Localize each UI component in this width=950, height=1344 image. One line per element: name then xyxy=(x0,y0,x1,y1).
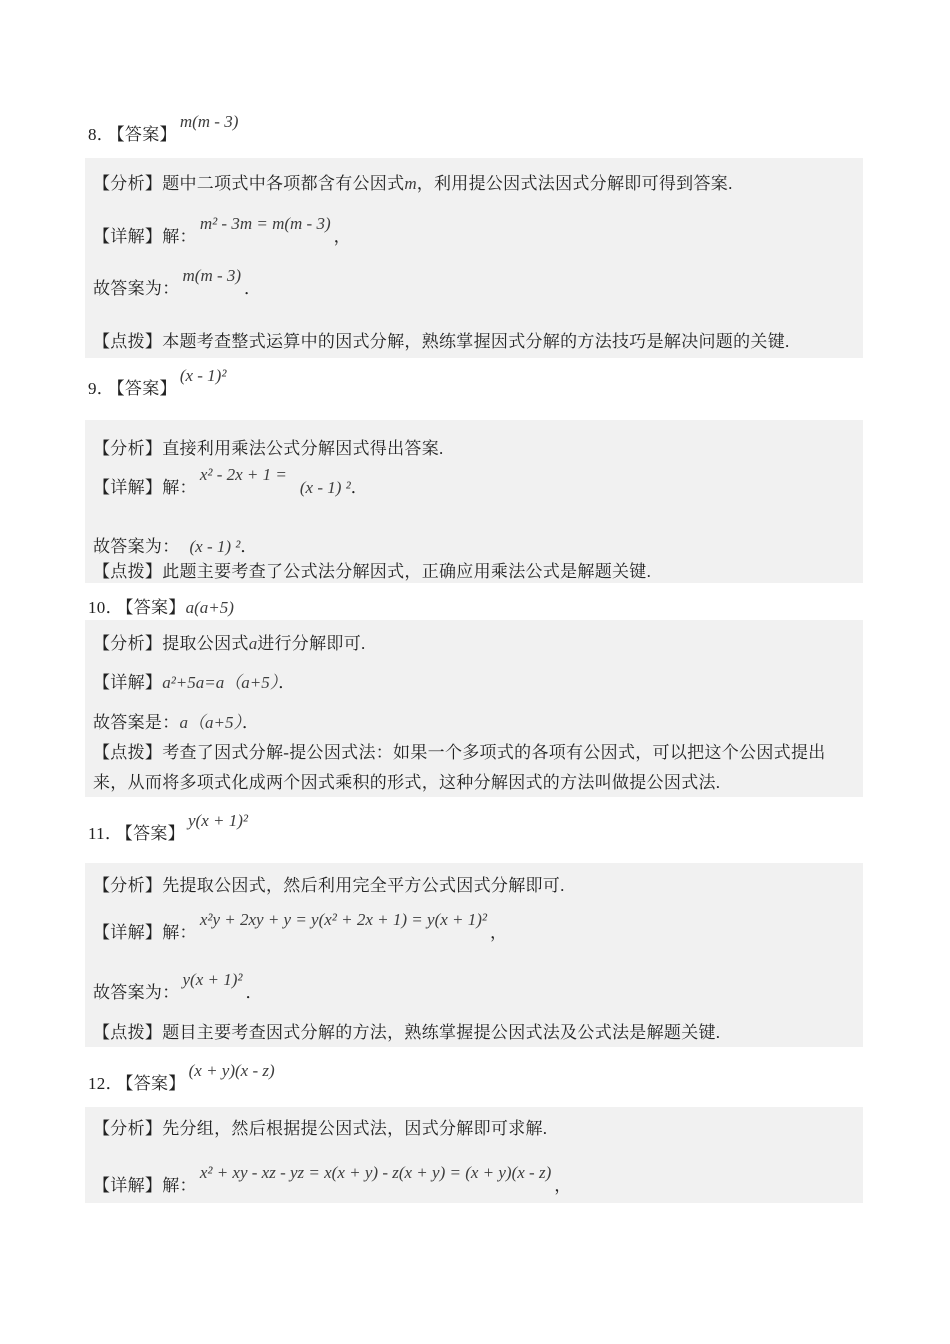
analysis-line: 【分析】直接利用乘法公式分解因式得出答案. xyxy=(93,438,855,460)
detail-label: 【详解】解： xyxy=(93,478,197,497)
conclusion-math: (x - 1) ² xyxy=(190,537,241,556)
conclusion-formula: m(m - 3) xyxy=(183,265,242,287)
solution-panel-10: 【分析】提取公因式a进行分解即可. 【详解】a²+5a=a（a+5）． 故答案是… xyxy=(85,620,863,797)
punctuation: ， xyxy=(490,923,507,942)
analysis-math: m xyxy=(404,174,416,193)
solution-panel-12: 【分析】先分组，然后根据提公因式法，因式分解即可求解. 【详解】解：x² + x… xyxy=(85,1107,863,1203)
question-number: 8． xyxy=(88,125,114,144)
conclusion-line: 故答案为：(x - 1) ²． xyxy=(93,536,855,558)
conclusion-line: 故答案为：y(x + 1)²． xyxy=(93,982,855,1004)
detail-formula: x²y + 2xy + y = y(x² + 2x + 1) = y(x + 1… xyxy=(200,909,487,931)
answer-math: a(a+5) xyxy=(186,598,234,617)
tip-line: 【点拨】此题主要考查了公式法分解因式，正确应用乘法公式是解题关键. xyxy=(93,561,855,583)
detail-math: (x - 1) ² xyxy=(300,478,351,497)
analysis-text: 【分析】提取公因式 xyxy=(93,634,249,653)
analysis-math: a xyxy=(249,634,258,653)
answer-formula: (x - 1)² xyxy=(180,365,227,387)
conclusion-label: 故答案为： xyxy=(93,983,180,1002)
punctuation: ． xyxy=(240,537,257,556)
detail-label: 【详解】解： xyxy=(93,1176,197,1195)
answer-label: 【答案】 xyxy=(116,379,177,398)
answer-line-12: 12．【答案】(x + y)(x - z) xyxy=(0,1073,950,1095)
question-number: 10． xyxy=(88,598,123,617)
answer-label: 【答案】 xyxy=(125,598,186,617)
conclusion-line: 故答案为：m(m - 3)． xyxy=(93,278,855,300)
conclusion-formula: y(x + 1)² xyxy=(183,969,243,991)
analysis-line: 【分析】题中二项式中各项都含有公因式m，利用提公因式法因式分解即可得到答案. xyxy=(93,173,855,195)
solution-panel-9: 【分析】直接利用乘法公式分解因式得出答案. 【详解】解：x² - 2x + 1 … xyxy=(85,420,863,583)
punctuation: ． xyxy=(244,279,261,298)
punctuation: ， xyxy=(554,1176,571,1195)
detail-label: 【详解】解： xyxy=(93,923,197,942)
conclusion-label: 故答案为： xyxy=(93,537,180,556)
question-number: 9． xyxy=(88,379,114,398)
detail-line: 【详解】解：x² + xy - xz - yz = x(x + y) - z(x… xyxy=(93,1175,855,1197)
answer-formula: (x + y)(x - z) xyxy=(189,1060,275,1082)
conclusion-label: 故答案是： xyxy=(93,713,180,732)
punctuation: ． xyxy=(245,983,262,1002)
answer-line-8: 8．【答案】m(m - 3) xyxy=(0,124,950,146)
punctuation: ． xyxy=(278,673,295,692)
document-page: 8．【答案】m(m - 3) 【分析】题中二项式中各项都含有公因式m，利用提公因… xyxy=(0,124,950,1203)
detail-label: 【详解】 xyxy=(93,673,162,692)
solution-panel-8: 【分析】题中二项式中各项都含有公因式m，利用提公因式法因式分解即可得到答案. 【… xyxy=(85,158,863,358)
detail-label: 【详解】解： xyxy=(93,227,197,246)
answer-label: 【答案】 xyxy=(124,824,185,843)
tip-line: 【点拨】本题考查整式运算中的因式分解，熟练掌握因式分解的方法技巧是解决问题的关键… xyxy=(93,331,855,353)
detail-line: 【详解】解：m² - 3m = m(m - 3)， xyxy=(93,226,855,248)
answer-formula: m(m - 3) xyxy=(180,111,239,133)
solution-panel-11: 【分析】先提取公因式，然后利用完全平方公式因式分解即可. 【详解】解：x²y +… xyxy=(85,863,863,1047)
answer-line-11: 11．【答案】y(x + 1)² xyxy=(0,823,950,845)
conclusion-math: a（a+5） xyxy=(180,713,242,732)
answer-line-10: 10．【答案】a(a+5) xyxy=(0,597,950,619)
detail-formula: x² + xy - xz - yz = x(x + y) - z(x + y) … xyxy=(200,1162,551,1184)
analysis-text: ，利用提公因式法因式分解即可得到答案. xyxy=(417,174,733,193)
conclusion-line: 故答案是：a（a+5）． xyxy=(93,712,855,734)
answer-label: 【答案】 xyxy=(125,1074,186,1093)
detail-line: 【详解】a²+5a=a（a+5）． xyxy=(93,672,855,694)
conclusion-label: 故答案为： xyxy=(93,279,180,298)
detail-formula: x² - 2x + 1 = xyxy=(200,464,287,486)
detail-math: a²+5a=a（a+5） xyxy=(162,673,278,692)
tip-line: 【点拨】考查了因式分解-提公因式法：如果一个多项式的各项有公因式，可以把这个公因… xyxy=(93,738,855,797)
detail-line: 【详解】解：x² - 2x + 1 =(x - 1) ²． xyxy=(93,477,855,499)
analysis-line: 【分析】先分组，然后根据提公因式法，因式分解即可求解. xyxy=(93,1118,855,1140)
answer-line-9: 9．【答案】(x - 1)² xyxy=(0,378,950,400)
detail-formula: m² - 3m = m(m - 3) xyxy=(200,213,331,235)
punctuation: ． xyxy=(242,713,259,732)
detail-line: 【详解】解：x²y + 2xy + y = y(x² + 2x + 1) = y… xyxy=(93,922,855,944)
analysis-line: 【分析】先提取公因式，然后利用完全平方公式因式分解即可. xyxy=(93,875,855,897)
tip-line: 【点拨】题目主要考查因式分解的方法，熟练掌握提公因式法及公式法是解题关键. xyxy=(93,1022,855,1044)
answer-label: 【答案】 xyxy=(116,125,177,144)
analysis-text: 【分析】题中二项式中各项都含有公因式 xyxy=(93,174,404,193)
answer-formula: y(x + 1)² xyxy=(188,810,248,832)
analysis-text: 进行分解即可. xyxy=(257,634,365,653)
punctuation: ， xyxy=(334,227,351,246)
analysis-line: 【分析】提取公因式a进行分解即可. xyxy=(93,633,855,655)
punctuation: ． xyxy=(351,478,368,497)
question-number: 11． xyxy=(88,824,122,843)
question-number: 12． xyxy=(88,1074,123,1093)
